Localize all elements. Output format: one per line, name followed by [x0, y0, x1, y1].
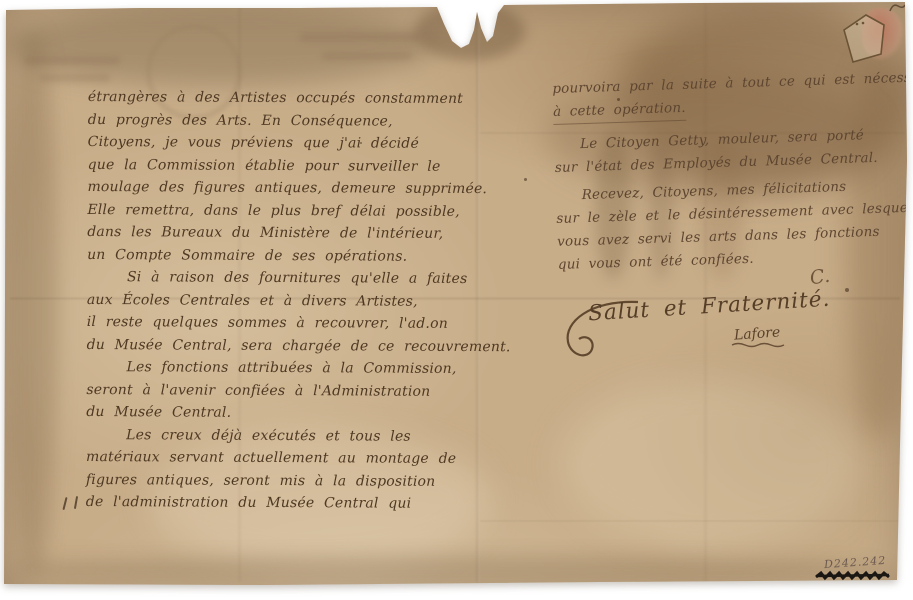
manuscript-line: de l'administration du Musée Central qui: [86, 491, 478, 516]
manuscript-line: Elle remettra, dans le plus bref délai p…: [87, 198, 479, 223]
manuscript-line: que la Commission établie pour surveille…: [88, 153, 480, 178]
signature-underline: [732, 342, 784, 348]
ink-speck: [617, 98, 620, 101]
ink-bleed-through: [24, 56, 120, 65]
ink-bleed-through: [40, 74, 110, 82]
paper-stain: [560, 380, 860, 550]
torn-edge-shading: [415, 2, 525, 60]
left-page-text: étrangères à des Artistes occupés consta…: [86, 86, 480, 516]
ink-speck: [360, 142, 362, 144]
paper-stain: [8, 30, 58, 575]
manuscript-line: Citoyens, je vous préviens que j'ai déci…: [88, 131, 480, 156]
underlined-phrase: à cette opération.: [553, 97, 686, 125]
fold-crease: [480, 520, 900, 522]
marginal-pen-stroke: [74, 496, 78, 509]
manuscript-line: figures antiques, seront mis à la dispos…: [86, 468, 478, 493]
manuscript-line: matériaux servant actuellement au montag…: [86, 446, 478, 471]
manuscript-line: du Musée Central, sera chargée de ce rec…: [87, 333, 479, 358]
ink-bleed-through: [300, 32, 420, 42]
manuscript-line: du Musée Central.: [86, 401, 478, 426]
manuscript-line: du progrès des Arts. En Conséquence,: [88, 108, 480, 133]
closing-mark: C.: [809, 265, 832, 290]
struck-out-inscription: [815, 570, 891, 582]
manuscript-line: Les creux déjà exécutés et tous les: [86, 423, 478, 448]
manuscript-line: Si à raison des fournitures qu'elle a fa…: [87, 266, 479, 291]
manuscript-sheet: étrangères à des Artistes occupés consta…: [0, 0, 913, 600]
valediction: Salut et Fraternité.: [587, 287, 831, 327]
ink-bleed-through: [322, 52, 412, 60]
manuscript-line: étrangères à des Artistes occupés consta…: [88, 86, 480, 111]
manuscript-photo: étrangères à des Artistes occupés consta…: [0, 0, 913, 600]
marginal-pen-stroke: [62, 497, 67, 510]
manuscript-line: aux Écoles Centrales et à divers Artiste…: [87, 288, 479, 313]
manuscript-line: seront à l'avenir confiées à l'Administr…: [86, 378, 478, 403]
manuscript-line: moulage des figures antiques, demeure su…: [87, 176, 479, 201]
manuscript-line: dans les Bureaux du Ministère de l'intér…: [87, 221, 479, 246]
manuscript-line: un Compte Sommaire de ses opérations.: [87, 243, 479, 268]
corner-squiggle: [888, 2, 906, 14]
manuscript-line: il reste quelques sommes à recouvrer, l'…: [87, 311, 479, 336]
right-page-text: pourvoira par la suite à tout ce qui est…: [552, 68, 890, 277]
ink-speck: [845, 288, 849, 292]
collector-mark: [836, 12, 888, 66]
signature: Lafore: [733, 324, 780, 343]
manuscript-line: Les fonctions attribuées à la Commission…: [86, 356, 478, 381]
ink-speck: [524, 178, 527, 181]
paper-stain: [10, 555, 890, 583]
screenshot-root: { "photo": { "background_color": "#fffff…: [0, 0, 913, 600]
